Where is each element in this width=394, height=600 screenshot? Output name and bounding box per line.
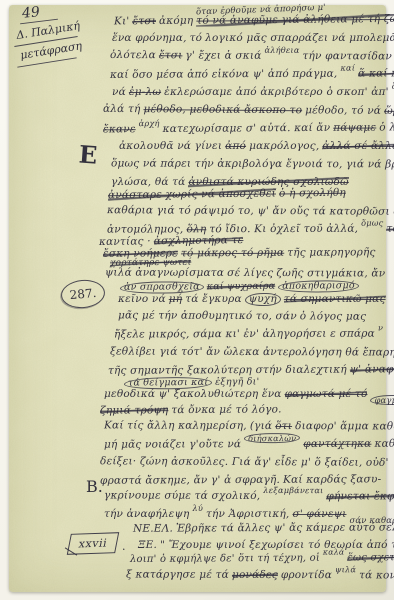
section-letter-e: Ε xyxy=(78,139,98,169)
after-box-mark: . xyxy=(122,540,126,553)
scanned-manuscript-photo: 49 Δ. Παλμική μετάφραση Ε 287. Β. xxvii … xyxy=(0,0,394,600)
boxed-roman-numeral: xxvii xyxy=(67,532,119,555)
page-number: 49 xyxy=(21,4,40,22)
section-letter-b: Β. xyxy=(86,477,103,496)
struck-text: τό ἀποφα xyxy=(386,223,394,234)
